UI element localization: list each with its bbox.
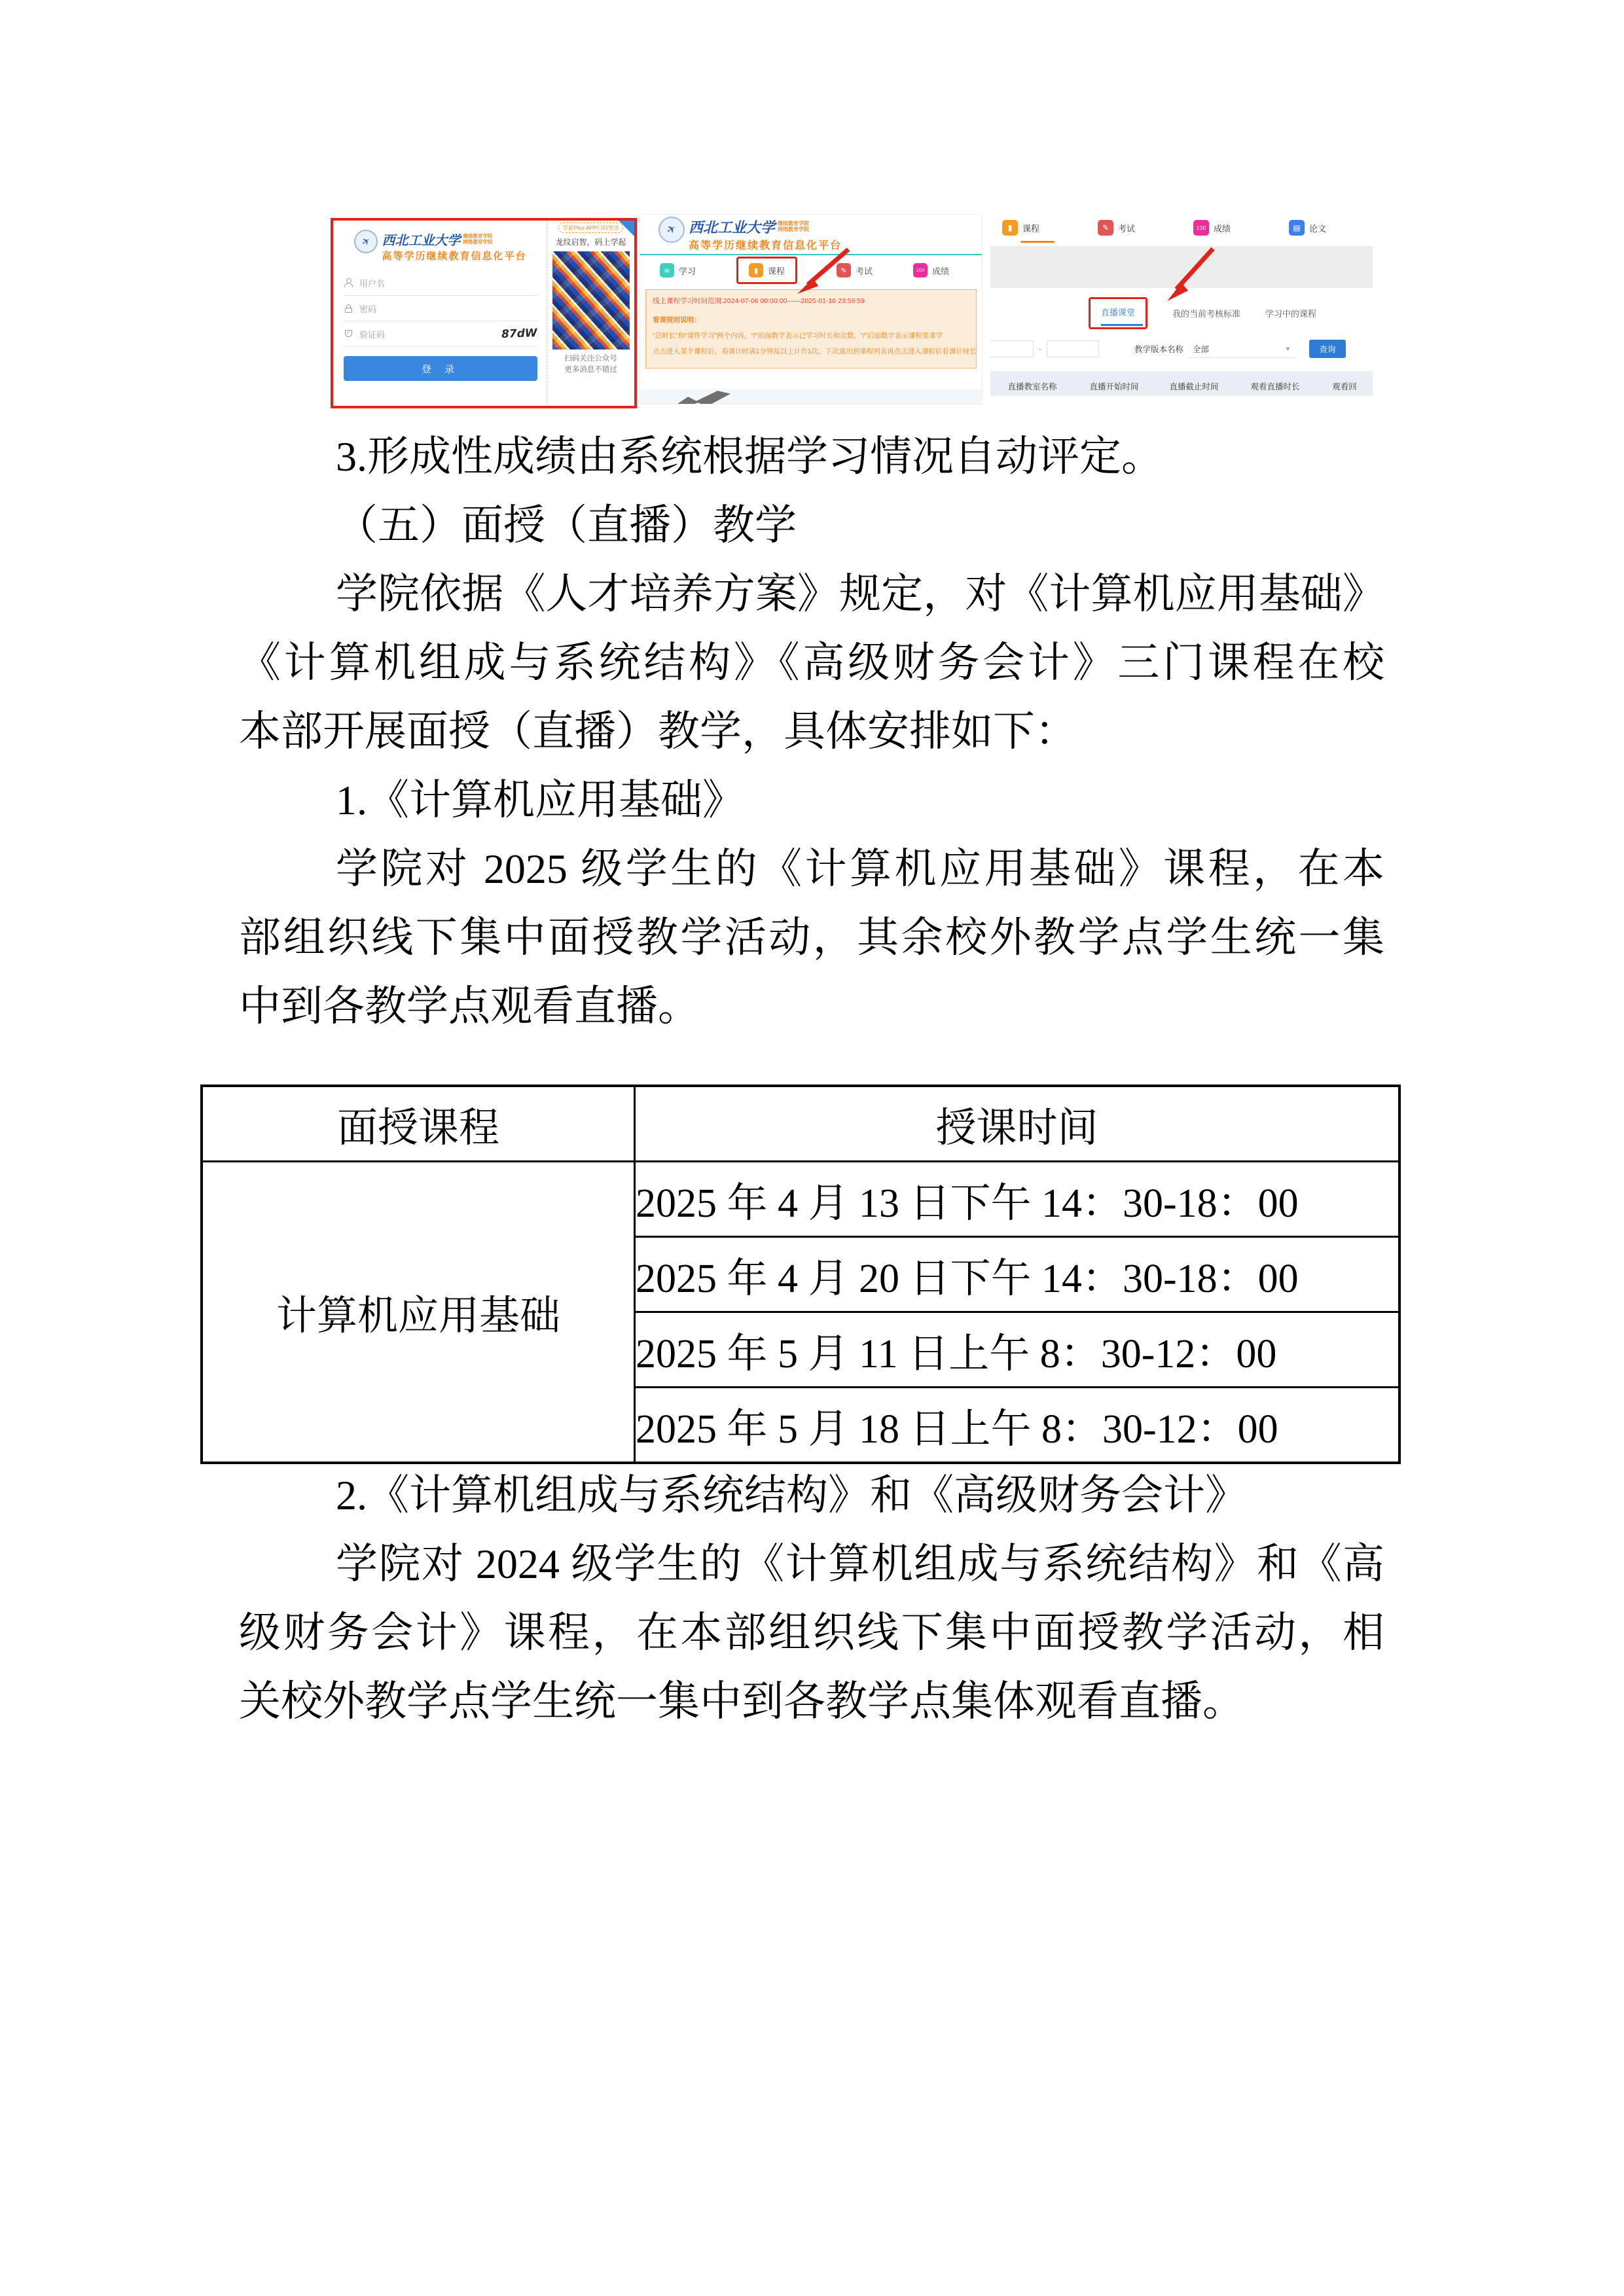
qr-slogan: 龙纹启智，码上学起 — [555, 236, 626, 247]
tab-label: 课程 — [1022, 222, 1039, 234]
notice-rule-2: 点击进入某个课程后，看课计时满1分钟及以上计作1次，下次退出到课程列表再点击进入… — [653, 346, 969, 356]
college-name-2: 网络教育学院 — [463, 239, 492, 245]
captcha-placeholder: 验证码 — [359, 328, 385, 340]
platform-logo: ✈ 西北工业大学 继续教育学院 网络教育学院 高等学历继续教育信息化平台 — [344, 230, 537, 262]
version-select[interactable]: 全部 ▼ — [1189, 340, 1295, 358]
face-to-face-schedule-table: 面授课程 授课时间 计算机应用基础 2025 年 4 月 13 日下午 14：3… — [200, 1085, 1401, 1464]
query-button[interactable]: 查询 — [1309, 340, 1346, 358]
document-page: ✈ 西北工业大学 继续教育学院 网络教育学院 高等学历继续教育信息化平台 用户名 — [0, 0, 1624, 2296]
score-icon: 100 — [1193, 220, 1209, 236]
captcha-field[interactable]: 验证码 87dW — [344, 321, 537, 347]
col-start-time: 直播开始时间 — [1074, 380, 1154, 392]
college-name-2: 网络教育学院 — [778, 226, 809, 232]
subtab-live-classroom[interactable]: 直播课堂 — [1089, 297, 1147, 329]
book-icon: ▮ — [749, 263, 763, 278]
tab-courses-highlighted[interactable]: ▮ 课程 — [736, 257, 797, 284]
select-value: 全部 — [1193, 343, 1209, 355]
tab-exam[interactable]: ✎ 考试 — [837, 263, 873, 278]
date-from-input[interactable] — [990, 340, 1034, 357]
body-text: 3.形成性成绩由系统根据学习情况自动评定。 （五）面授（直播）教学 学院依据《人… — [239, 422, 1384, 1041]
corner-qr-fold-icon[interactable] — [619, 221, 634, 236]
subtab-label: 直播课堂 — [1101, 308, 1135, 317]
table-header-row: 面授课程 授课时间 — [202, 1086, 1399, 1162]
tab-label: 成绩 — [932, 264, 949, 277]
pencil-icon: ✎ — [1098, 220, 1113, 236]
doc-line: 学院对 2025 级学生的《计算机应用基础》课程，在本 — [239, 834, 1384, 903]
user-icon — [344, 278, 353, 287]
chevron-down-icon: ▼ — [1285, 346, 1291, 352]
pencil-icon: ✎ — [837, 263, 851, 278]
tab-thesis[interactable]: ▤ 论文 — [1277, 220, 1373, 236]
platform-logo: ✈ 西北工业大学 继续教育学院 网络教育学院 高等学历继续教育信息化平台 — [659, 217, 842, 252]
platform-title: 高等学历继续教育信息化平台 — [689, 237, 842, 252]
tab-grades[interactable]: 100 成绩 — [1182, 220, 1277, 236]
university-name: 西北工业大学 — [382, 230, 460, 249]
doc-line: 2.《计算机组成与系统结构》和《高级财务会计》 — [239, 1461, 1384, 1530]
tab-courses-active[interactable]: ▮ 课程 — [990, 220, 1086, 243]
time-cell: 2025 年 5 月 18 日上午 8：30-12：00 — [635, 1388, 1400, 1463]
active-tab-underline — [1020, 241, 1055, 243]
captcha-image[interactable]: 87dW — [501, 327, 537, 341]
range-dash: - — [1039, 344, 1041, 353]
qr-tip-2: 更多消息不错过 — [564, 365, 617, 376]
doc-line: 学院依据《人才培养方案》规定，对《计算机应用基础》 — [239, 560, 1384, 628]
screenshot-courses-tab: ✈ 西北工业大学 继续教育学院 网络教育学院 高等学历继续教育信息化平台 ≡ — [640, 214, 983, 404]
tab-label: 课程 — [768, 264, 785, 277]
tab-grades[interactable]: 100 成绩 — [913, 263, 949, 278]
login-panel: ✈ 西北工业大学 继续教育学院 网络教育学院 高等学历继续教育信息化平台 用户名 — [333, 221, 547, 406]
university-name: 西北工业大学 — [689, 217, 775, 237]
screenshot-live-classroom: ▮ 课程 ✎ 考试 100 成绩 ▤ 论文 — [990, 216, 1373, 396]
study-icon: ≡ — [660, 263, 674, 278]
doc-line: 1.《计算机应用基础》 — [239, 766, 1384, 834]
table-row: 计算机应用基础 2025 年 4 月 13 日下午 14：30-18：00 — [202, 1162, 1399, 1237]
col-replay-clipped: 观看回 — [1316, 380, 1373, 392]
login-button[interactable]: 登 录 — [344, 356, 537, 381]
course-cell: 计算机应用基础 — [202, 1162, 635, 1463]
tab-study[interactable]: ≡ 学习 — [660, 263, 696, 278]
doc-line: 3.形成性成绩由系统根据学习情况自动评定。 — [239, 422, 1384, 491]
qr-panel: 学起Plus APP扫码登录 龙纹启智，码上学起 扫码关注公众号 更多消息不错过 — [547, 221, 634, 406]
college-name-1: 继续教育学院 — [778, 221, 809, 226]
sub-tab-bar: 直播课堂 我的当前考核标准 学习中的课程 — [990, 297, 1373, 329]
doc-line: 学院对 2024 级学生的《计算机组成与系统结构》和《高 — [239, 1530, 1384, 1598]
time-cell: 2025 年 4 月 13 日下午 14：30-18：00 — [635, 1162, 1400, 1237]
active-subtab-underline — [1101, 324, 1143, 326]
tab-exam[interactable]: ✎ 考试 — [1086, 220, 1182, 236]
subtab-courses-in-progress[interactable]: 学习中的课程 — [1265, 307, 1316, 319]
col-end-time: 直播截止时间 — [1154, 380, 1234, 392]
doc-line: 中到各教学点观看直播。 — [239, 972, 1384, 1041]
tab-label: 成绩 — [1214, 222, 1231, 234]
lock-icon — [344, 304, 353, 313]
qr-code-image — [552, 251, 630, 350]
content-strip — [640, 389, 982, 404]
tab-label: 论文 — [1309, 222, 1326, 234]
main-tab-bar: ▮ 课程 ✎ 考试 100 成绩 ▤ 论文 — [990, 216, 1373, 246]
filter-row: - 教学版本名称 全部 ▼ 查询 — [990, 340, 1373, 358]
header-course: 面授课程 — [202, 1086, 635, 1162]
platform-header: ✈ 西北工业大学 继续教育学院 网络教育学院 高等学历继续教育信息化平台 — [640, 215, 982, 254]
notice-title: 看课规则说明： — [653, 315, 969, 325]
gray-arrow-graphic — [672, 391, 731, 404]
doc-line: 《计算机组成与系统结构》《高级财务会计》三门课程在校 — [239, 628, 1384, 697]
university-badge-icon: ✈ — [354, 230, 378, 253]
password-field[interactable]: 密码 — [344, 296, 537, 321]
header-time: 授课时间 — [635, 1086, 1400, 1162]
doc-line: 本部开展面授（直播）教学，具体安排如下： — [239, 697, 1384, 766]
app-scan-banner: 学起Plus APP扫码登录 — [558, 223, 623, 233]
university-badge-icon: ✈ — [659, 217, 685, 243]
tab-label: 考试 — [1118, 222, 1135, 234]
main-tab-bar: ≡ 学习 ▮ 课程 ✎ 考试 100 成绩 — [640, 255, 982, 285]
doc-line: 部组织线下集中面授教学活动，其余校外教学点学生统一集 — [239, 903, 1384, 972]
time-cell: 2025 年 4 月 20 日下午 14：30-18：00 — [635, 1237, 1400, 1312]
tab-label: 考试 — [856, 264, 873, 277]
col-watch-duration: 观看直播时长 — [1234, 380, 1316, 392]
tab-label: 学习 — [679, 264, 696, 277]
notice-rule-1: “总时长”和“课件学习”两个内容，“/”前面数字表示已学习时长和次数，“/”后面… — [653, 331, 969, 340]
doc-line: （五）面授（直播）教学 — [239, 491, 1384, 560]
date-to-input[interactable] — [1047, 340, 1099, 357]
password-placeholder: 密码 — [359, 302, 376, 315]
col-classroom-name: 直播教室名称 — [990, 380, 1074, 392]
platform-title: 高等学历继续教育信息化平台 — [382, 249, 526, 262]
doc-line: 关校外教学点学生统一集中到各教学点集体观看直播。 — [239, 1667, 1384, 1736]
filter-label: 教学版本名称 — [1134, 343, 1183, 355]
body-text: 2.《计算机组成与系统结构》和《高级财务会计》 学院对 2024 级学生的《计算… — [239, 1461, 1384, 1736]
qr-tip-1: 扫码关注公众号 — [564, 353, 617, 365]
doc-line: 级财务会计》课程，在本部组织线下集中面授教学活动，相 — [239, 1598, 1384, 1667]
shield-icon — [344, 329, 353, 338]
gray-band — [990, 246, 1373, 288]
score-icon: 100 — [913, 263, 928, 278]
paper-icon: ▤ — [1289, 220, 1305, 236]
notice-time-range: 线上课程学习时间范围:2024-07-06 00:00:00——2025-01-… — [653, 296, 969, 306]
book-icon: ▮ — [1002, 220, 1018, 236]
username-field[interactable]: 用户名 — [344, 270, 537, 296]
username-placeholder: 用户名 — [359, 277, 385, 289]
notice-panel: 线上课程学习时间范围:2024-07-06 00:00:00——2025-01-… — [645, 289, 977, 368]
time-cell: 2025 年 5 月 11 日上午 8：30-12：00 — [635, 1312, 1400, 1388]
live-table-header: 直播教室名称 直播开始时间 直播截止时间 观看直播时长 观看回 — [990, 371, 1373, 396]
subtab-assessment-standard[interactable]: 我的当前考核标准 — [1172, 307, 1240, 319]
screenshot-login-page: ✈ 西北工业大学 继续教育学院 网络教育学院 高等学历继续教育信息化平台 用户名 — [331, 218, 637, 408]
